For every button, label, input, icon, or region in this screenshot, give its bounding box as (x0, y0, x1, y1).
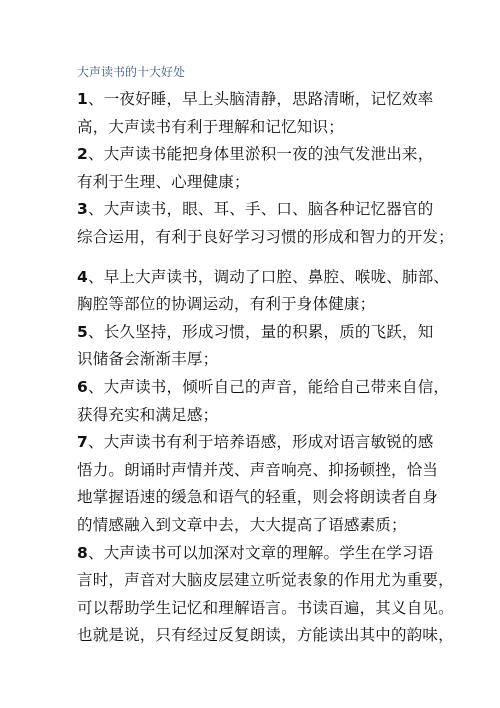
item-5: 5、长久坚持，形成习惯，量的积累，质的飞跃，知 识储备会渐渐丰厚； (77, 319, 487, 374)
item-text: 综合运用，有利于良好学习习惯的形成和智力的开发； (77, 224, 487, 252)
item-text: 、大声读书可以加深对文章的理解。学生在学习语 (88, 544, 433, 562)
item-text: 、早上大声读书，调动了口腔、鼻腔、喉咙、肺部、 (88, 268, 449, 286)
item-text: 、一夜好睡，早上头脑清静，思路清晰，记忆效率 (88, 90, 433, 108)
item-text: 也就是说，只有经过反复朗读，方能读出其中的韵味， (77, 622, 487, 650)
item-8: 8、大声读书可以加深对文章的理解。学生在学习语 言时，声音对大脑皮层建立听觉表象… (77, 540, 487, 650)
item-number: 4 (77, 268, 88, 286)
item-text: 悟力。朗诵时声情并茂、声音响亮、抑扬顿挫，恰当 (77, 457, 487, 485)
item-text: 、大声读书能把身体里淤积一夜的浊气发泄出来， (88, 145, 433, 163)
item-7: 7、大声读书有利于培养语感，形成对语言敏锐的感 悟力。朗诵时声情并茂、声音响亮、… (77, 429, 487, 539)
item-text: 识储备会渐渐丰厚； (77, 346, 487, 374)
item-number: 6 (77, 378, 88, 396)
document-page: 大声读书的十大好处 1、一夜好睡，早上头脑清静，思路清晰，记忆效率 高，大声读书… (77, 64, 487, 650)
item-3: 3、大声读书，眼、耳、手、口、脑各种记忆器官的 综合运用，有利于良好学习习惯的形… (77, 196, 487, 251)
item-text: 可以帮助学生记忆和理解语言。书读百遍，其义自见。 (77, 595, 487, 623)
item-number: 2 (77, 145, 88, 163)
document-title: 大声读书的十大好处 (77, 64, 487, 80)
item-text: 、大声读书，倾听自己的声音，能给自己带来自信， (88, 378, 449, 396)
item-number: 7 (77, 433, 88, 451)
item-6: 6、大声读书，倾听自己的声音，能给自己带来自信， 获得充实和满足感； (77, 374, 487, 429)
item-2: 2、大声读书能把身体里淤积一夜的浊气发泄出来， 有利于生理、心理健康； (77, 141, 487, 196)
paragraph-gap (77, 252, 487, 264)
item-text: 、大声读书，眼、耳、手、口、脑各种记忆器官的 (88, 200, 433, 218)
item-text: 的情感融入到文章中去，大大提高了语感素质； (77, 512, 487, 540)
item-text: 地掌握语速的缓急和语气的轻重，则会将朗读者自身 (77, 484, 487, 512)
item-number: 5 (77, 323, 88, 341)
item-number: 8 (77, 544, 88, 562)
item-text: 获得充实和满足感； (77, 402, 487, 430)
item-number: 1 (77, 90, 88, 108)
item-text: 有利于生理、心理健康； (77, 169, 487, 197)
item-text: 、长久坚持，形成习惯，量的积累，质的飞跃，知 (88, 323, 433, 341)
item-4: 4、早上大声读书，调动了口腔、鼻腔、喉咙、肺部、 胸腔等部位的协调运动，有利于身… (77, 264, 487, 319)
item-number: 3 (77, 200, 88, 218)
item-1: 1、一夜好睡，早上头脑清静，思路清晰，记忆效率 高，大声读书有利于理解和记忆知识… (77, 86, 487, 141)
item-text: 言时，声音对大脑皮层建立听觉表象的作用尤为重要， (77, 567, 487, 595)
item-text: 、大声读书有利于培养语感，形成对语言敏锐的感 (88, 433, 433, 451)
item-text: 高，大声读书有利于理解和记忆知识； (77, 114, 487, 142)
item-text: 胸腔等部位的协调运动，有利于身体健康； (77, 291, 487, 319)
